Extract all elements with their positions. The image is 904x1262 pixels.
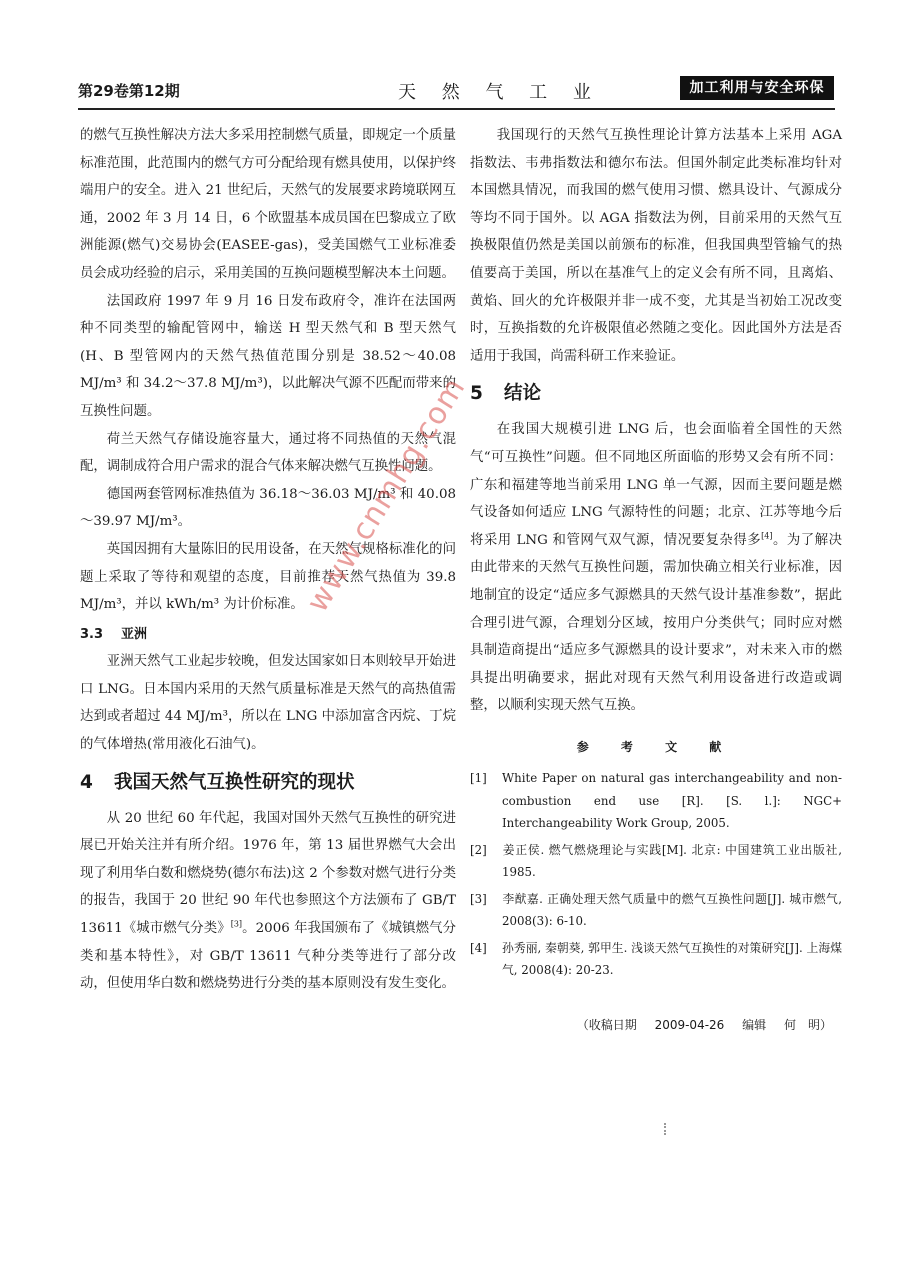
citation: [3]	[231, 920, 242, 929]
reference-item: [2]姜正侯. 燃气燃烧理论与实践[M]. 北京: 中国建筑工业出版社, 198…	[470, 839, 842, 884]
issue-label: 第29卷第12期	[78, 80, 180, 101]
paragraph: 亚洲天然气工业起步较晚，但发达国家如日本则较早开始进口 LNG。日本国内采用的天…	[80, 648, 456, 758]
reference-item: [4]孙秀丽, 秦朝葵, 郭甲生. 浅谈天然气互换性的对策研究[J]. 上海煤气…	[470, 937, 842, 982]
reference-item: [3]李猷嘉. 正确处理天然气质量中的燃气互换性问题[J]. 城市燃气, 200…	[470, 888, 842, 933]
references-heading: 参 考 文 献	[470, 734, 842, 762]
subsection-title: 亚洲	[121, 627, 147, 642]
journal-title: 天 然 气 工 业	[398, 78, 601, 104]
reference-number: [4]	[470, 937, 502, 960]
section-heading: 4我国天然气互换性研究的现状	[80, 771, 456, 795]
section-title: 结论	[504, 383, 541, 404]
paragraph: 英国因拥有大量陈旧的民用设备，在天然气规格标准化的问题上采取了等待和观望的态度，…	[80, 536, 456, 619]
editor-name: 何 明）	[784, 1018, 832, 1032]
citation: [4]	[761, 531, 772, 540]
paragraph: 法国政府 1997 年 9 月 16 日发布政府令，准许在法国两种不同类型的输配…	[80, 288, 456, 426]
right-column: 我国现行的天然气互换性理论计算方法基本上采用 AGA 指数法、韦弗指数法和德尔布…	[470, 122, 842, 1040]
received-date: 2009-04-26	[655, 1018, 725, 1032]
paragraph: 在我国大规模引进 LNG 后，也会面临着全国性的天然气“可互换性”问题。但不同地…	[470, 416, 842, 720]
reference-item: [1]White Paper on natural gas interchang…	[470, 767, 842, 835]
subsection-heading: 3.3亚洲	[80, 621, 456, 649]
section-number: 4	[80, 771, 114, 795]
section-heading: 5结论	[470, 382, 842, 406]
reference-number: [2]	[470, 839, 502, 862]
paragraph: 我国现行的天然气互换性理论计算方法基本上采用 AGA 指数法、韦弗指数法和德尔布…	[470, 122, 842, 370]
scan-artifact	[664, 1123, 668, 1135]
left-column: 的燃气互换性解决方法大多采用控制燃气质量，即规定一个质量标准范围，此范围内的燃气…	[80, 122, 456, 998]
received-note: （收稿日期 2009-04-26 编辑 何 明）	[470, 1012, 842, 1040]
subsection-number: 3.3	[80, 627, 103, 642]
reference-number: [1]	[470, 767, 502, 790]
paragraph-text: 在我国大规模引进 LNG 后，也会面临着全国性的天然气“可互换性”问题。但不同地…	[470, 422, 842, 547]
paragraph-text: 。为了解决由此带来的天然气互换性问题，需加快确立相关行业标准，因地制宜的设定“适…	[470, 533, 842, 714]
reference-text: 孙秀丽, 秦朝葵, 郭甲生. 浅谈天然气互换性的对策研究[J]. 上海煤气, 2…	[502, 941, 842, 978]
reference-text: 姜正侯. 燃气燃烧理论与实践[M]. 北京: 中国建筑工业出版社, 1985.	[502, 843, 842, 880]
paragraph: 从 20 世纪 60 年代起，我国对国外天然气互换性的研究进展已开始关注并有所介…	[80, 805, 456, 998]
reference-text: White Paper on natural gas interchangeab…	[502, 771, 842, 830]
section-title: 我国天然气互换性研究的现状	[114, 772, 355, 793]
paragraph-text: 从 20 世纪 60 年代起，我国对国外天然气互换性的研究进展已开始关注并有所介…	[80, 811, 456, 936]
received-label: （收稿日期	[577, 1018, 637, 1032]
paragraph: 的燃气互换性解决方法大多采用控制燃气质量，即规定一个质量标准范围，此范围内的燃气…	[80, 122, 456, 288]
section-number: 5	[470, 382, 504, 406]
editor-label: 编辑	[742, 1018, 766, 1032]
section-badge: 加工利用与安全环保	[680, 76, 834, 100]
header-divider	[78, 108, 835, 110]
reference-text: 李猷嘉. 正确处理天然气质量中的燃气互换性问题[J]. 城市燃气, 2008(3…	[502, 892, 842, 929]
reference-number: [3]	[470, 888, 502, 911]
page-header: 第29卷第12期 天 然 气 工 业 加工利用与安全环保	[78, 76, 834, 106]
